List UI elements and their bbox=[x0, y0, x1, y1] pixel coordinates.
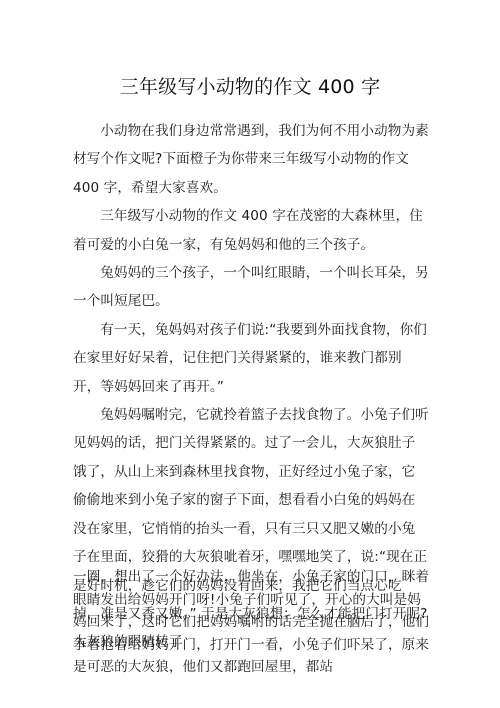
paragraph-continuation: 一圈，想出了一个好办法，他坐在，小兔子家的门口，眯着眼睛发出给妈妈开门呀!小兔子… bbox=[73, 566, 433, 679]
paragraph-setting: 三年级写小动物的作文 400 字在茂密的大森林里，住着可爱的小白兔一家，有兔妈妈… bbox=[73, 202, 429, 259]
paragraph-intro: 小动物在我们身边常常遇到，我们为何不用小动物为素材写个作文呢?下面橙子为你带来三… bbox=[73, 117, 429, 202]
document-page: 三年级写小动物的作文 400 字 小动物在我们身边常常遇到，我们为何不用小动物为… bbox=[0, 0, 500, 708]
paragraph-mother-warning: 有一天，兔妈妈对孩子们说:“我要到外面找食物，你们在家里好好呆着，记住把门关得紧… bbox=[73, 316, 429, 401]
document-title: 三年级写小动物的作文 400 字 bbox=[0, 74, 500, 100]
paragraph-children: 兔妈妈的三个孩子，一个叫红眼睛，一个叫长耳朵，另一个叫短尾巴。 bbox=[73, 259, 429, 316]
